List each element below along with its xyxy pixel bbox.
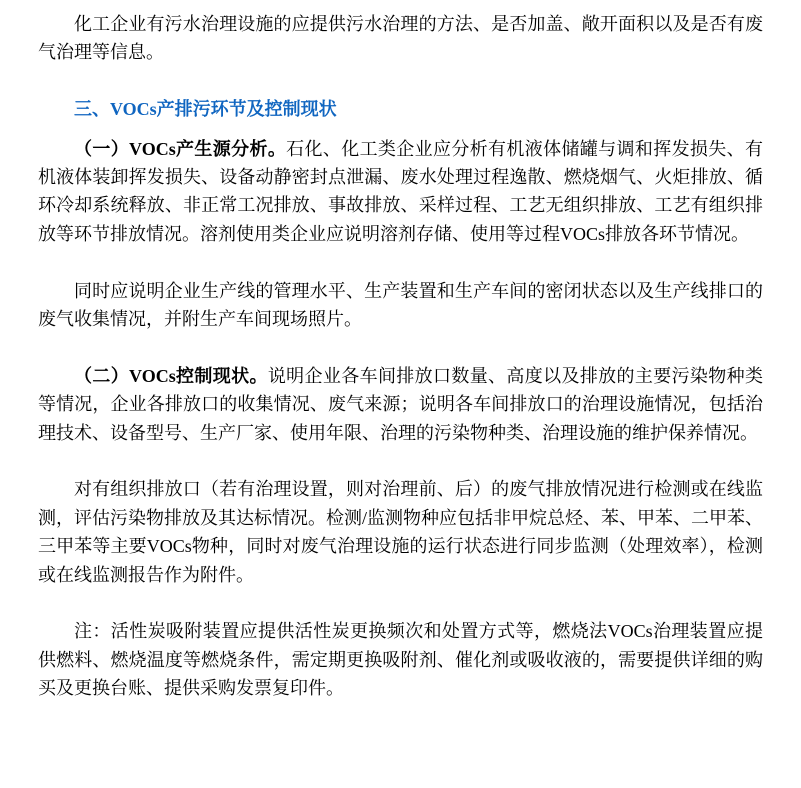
document-page: 化工企业有污水治理设施的应提供污水治理的方法、是否加盖、敞开面积以及是否有废气治…: [0, 0, 801, 788]
paragraph-monitoring: 对有组织排放口（若有治理设置，则对治理前、后）的废气排放情况进行检测或在线监测，…: [38, 475, 763, 589]
paragraph-note-text: 注：活性炭吸附装置应提供活性炭更换频次和处置方式等，燃烧法VOCs治理装置应提供…: [38, 621, 763, 698]
paragraph-wastewater-info: 化工企业有污水治理设施的应提供污水治理的方法、是否加盖、敞开面积以及是否有废气治…: [38, 10, 763, 67]
paragraph-vocs-source-analysis: （一）VOCs产生源分析。石化、化工类企业应分析有机液体储罐与调和挥发损失、有机…: [38, 135, 763, 249]
paragraph-vocs-control-status: （二）VOCs控制现状。说明企业各车间排放口数量、高度以及排放的主要污染物种类等…: [38, 362, 763, 447]
paragraph-production-line-text: 同时应说明企业生产线的管理水平、生产装置和生产车间的密闭状态以及生产线排口的废气…: [38, 281, 763, 329]
paragraph-wastewater-info-text: 化工企业有污水治理设施的应提供污水治理的方法、是否加盖、敞开面积以及是否有废气治…: [38, 14, 763, 62]
paragraph-note: 注：活性炭吸附装置应提供活性炭更换频次和处置方式等，燃烧法VOCs治理装置应提供…: [38, 617, 763, 702]
section-heading-vocs: 三、VOCs产排污环节及控制现状: [38, 95, 763, 123]
paragraph-monitoring-text: 对有组织排放口（若有治理设置，则对治理前、后）的废气排放情况进行检测或在线监测，…: [38, 479, 763, 584]
paragraph-vocs-source-analysis-lead: （一）VOCs产生源分析。: [74, 139, 286, 159]
paragraph-production-line: 同时应说明企业生产线的管理水平、生产装置和生产车间的密闭状态以及生产线排口的废气…: [38, 277, 763, 334]
paragraph-vocs-control-status-lead: （二）VOCs控制现状。: [74, 366, 268, 386]
